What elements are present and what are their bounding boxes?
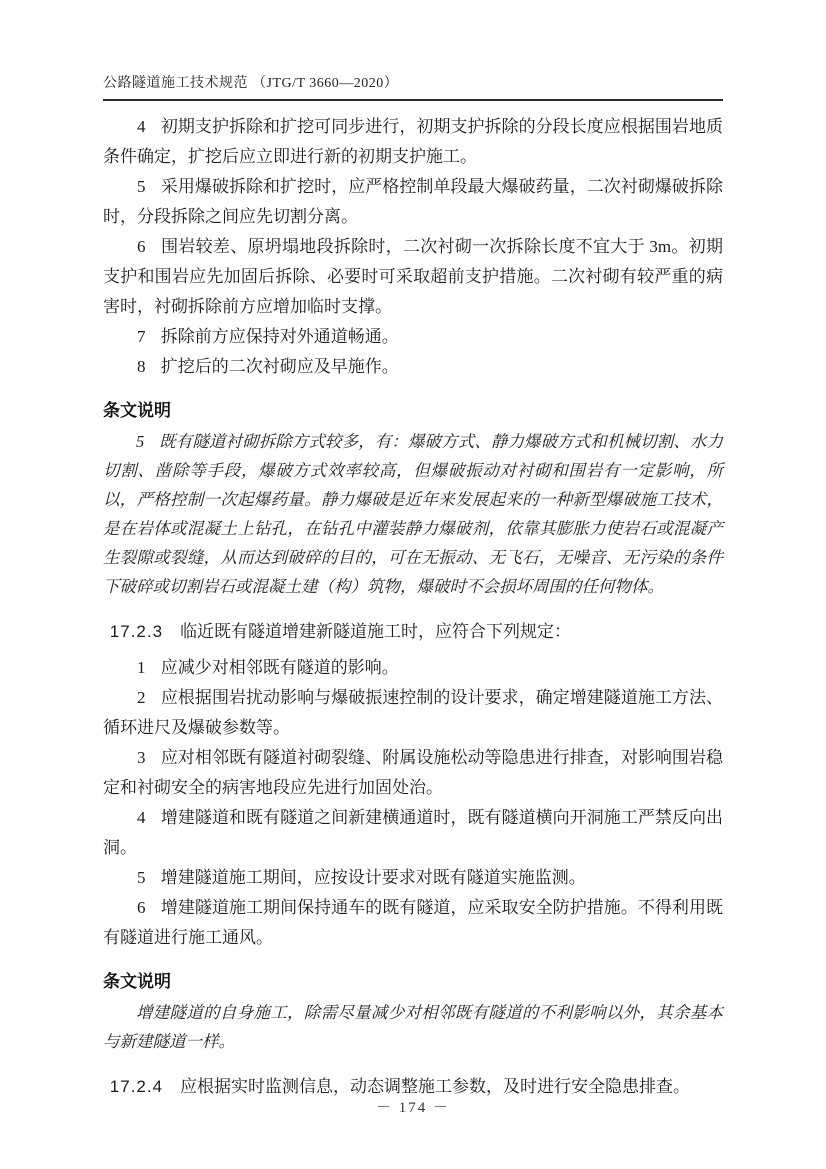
running-header: 公路隧道施工技术规范 （JTG/T 3660—2020）: [103, 72, 723, 101]
item-number: 5: [137, 177, 146, 196]
item-number: 6: [137, 898, 146, 917]
item-text: 应对相邻既有隧道衬砌裂缝、附属设施松动等隐患进行排查，对影响围岩稳定和衬砌安全的…: [103, 748, 723, 797]
clause-list-item: 5增建隧道施工期间，应按设计要求对既有隧道实施监测。: [103, 863, 723, 893]
page-number: － 174 －: [376, 1100, 450, 1116]
item-number: 8: [137, 357, 146, 376]
note-section-heading: 条文说明: [103, 967, 723, 992]
clause-list-item: 6围岩较差、原坍塌地段拆除时，二次衬砌一次拆除长度不宜大于 3m。初期支护和围岩…: [103, 232, 723, 322]
note-paragraph: 增建隧道的自身施工，除需尽量减少对相邻既有隧道的不利影响以外，其余基本与新建隧道…: [103, 998, 723, 1056]
item-text: 初期支护拆除和扩挖可同步进行，初期支护拆除的分段长度应根据围岩地质条件确定，扩挖…: [103, 117, 723, 166]
item-number: 5: [137, 868, 146, 887]
item-text: 增建隧道和既有隧道之间新建横通道时，既有隧道横向开洞施工严禁反向出洞。: [103, 808, 723, 857]
note-section-heading: 条文说明: [103, 396, 723, 421]
item-text: 扩挖后的二次衬砌应及早施作。: [161, 357, 399, 376]
document-page: 公路隧道施工技术规范 （JTG/T 3660—2020） 4初期支护拆除和扩挖可…: [0, 0, 826, 1169]
clause-text: 临近既有隧道增建新隧道施工时，应符合下列规定：: [180, 622, 571, 641]
page-footer: － 174 －: [0, 1096, 826, 1117]
item-text: 增建隧道施工期间，应按设计要求对既有隧道实施监测。: [161, 868, 586, 887]
item-text: 增建隧道施工期间保持通车的既有隧道，应采取安全防护措施。不得利用既有隧道进行施工…: [103, 898, 723, 947]
item-number: 4: [137, 808, 146, 827]
clause-list-item: 1应减少对相邻既有隧道的影响。: [103, 653, 723, 683]
item-text: 应减少对相邻既有隧道的影响。: [161, 658, 399, 677]
clause-list-item: 6增建隧道施工期间保持通车的既有隧道，应采取安全防护措施。不得利用既有隧道进行施…: [103, 893, 723, 953]
document-body: 4初期支护拆除和扩挖可同步进行，初期支护拆除的分段长度应根据围岩地质条件确定，扩…: [103, 112, 723, 1108]
clause-number: 17.2.4: [110, 1077, 163, 1096]
item-number: 5: [136, 432, 144, 451]
document-title: 公路隧道施工技术规范 （JTG/T 3660—2020）: [103, 76, 398, 91]
item-text: 拆除前方应保持对外通道畅通。: [161, 327, 399, 346]
item-number: 7: [137, 327, 146, 346]
item-text: 围岩较差、原坍塌地段拆除时，二次衬砌一次拆除长度不宜大于 3m。初期支护和围岩应…: [103, 237, 723, 316]
item-text: 既有隧道衬砌拆除方式较多，有：爆破方式、静力爆破方式和机械切割、水力切割、凿除等…: [103, 432, 723, 596]
clause-number: 17.2.3: [110, 622, 163, 641]
note-list-item: 5既有隧道衬砌拆除方式较多，有：爆破方式、静力爆破方式和机械切割、水力切割、凿除…: [103, 427, 723, 601]
item-number: 2: [137, 688, 146, 707]
item-number: 6: [137, 237, 146, 256]
clause-list-item: 4增建隧道和既有隧道之间新建横通道时，既有隧道横向开洞施工严禁反向出洞。: [103, 803, 723, 863]
clause-list-item: 8扩挖后的二次衬砌应及早施作。: [103, 352, 723, 382]
clause-list-item: 3应对相邻既有隧道衬砌裂缝、附属设施松动等隐患进行排查，对影响围岩稳定和衬砌安全…: [103, 743, 723, 803]
item-number: 1: [137, 658, 146, 677]
clause-list-item: 4初期支护拆除和扩挖可同步进行，初期支护拆除的分段长度应根据围岩地质条件确定，扩…: [103, 112, 723, 172]
clause-heading: 17.2.3临近既有隧道增建新隧道施工时，应符合下列规定：: [103, 617, 723, 647]
clause-text: 应根据实时监测信息，动态调整施工参数，及时进行安全隐患排查。: [180, 1077, 690, 1096]
item-number: 3: [137, 748, 146, 767]
item-number: 4: [137, 117, 146, 136]
clause-list-item: 2应根据围岩扰动影响与爆破振速控制的设计要求，确定增建隧道施工方法、循环进尺及爆…: [103, 683, 723, 743]
item-text: 应根据围岩扰动影响与爆破振速控制的设计要求，确定增建隧道施工方法、循环进尺及爆破…: [103, 688, 723, 737]
clause-list-item: 7拆除前方应保持对外通道畅通。: [103, 322, 723, 352]
item-text: 采用爆破拆除和扩挖时，应严格控制单段最大爆破药量，二次衬砌爆破拆除时，分段拆除之…: [103, 177, 723, 226]
clause-list-item: 5采用爆破拆除和扩挖时，应严格控制单段最大爆破药量，二次衬砌爆破拆除时，分段拆除…: [103, 172, 723, 232]
